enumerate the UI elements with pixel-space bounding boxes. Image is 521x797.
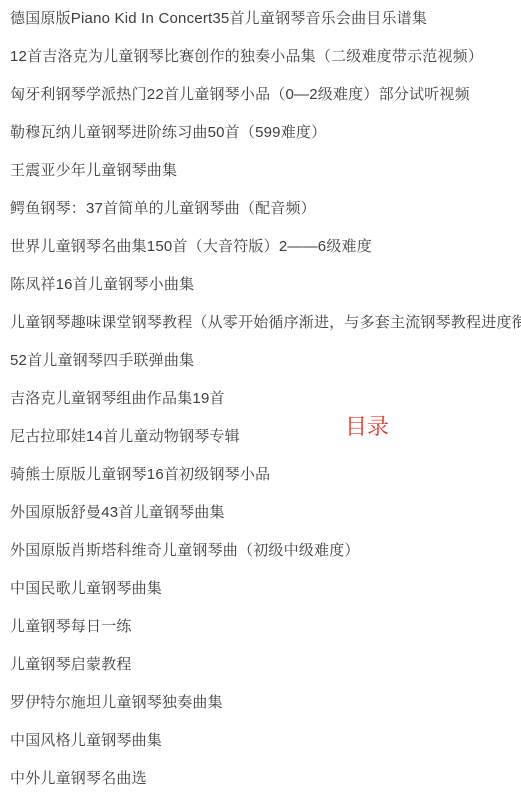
list-item: 德国原版Piano Kid In Concert35首儿童钢琴音乐会曲目乐谱集: [10, 0, 521, 38]
list-item: 勒穆瓦纳儿童钢琴进阶练习曲50首（599难度）: [10, 114, 521, 152]
list-item: 罗伊特尔施坦儿童钢琴独奏曲集: [10, 684, 521, 722]
list-item: 鳄鱼钢琴：37首简单的儿童钢琴曲（配音频）: [10, 190, 521, 228]
list-item: 世界儿童钢琴名曲集150首（大音符版）2——6级难度: [10, 228, 521, 266]
document-page: 德国原版Piano Kid In Concert35首儿童钢琴音乐会曲目乐谱集1…: [0, 0, 521, 797]
list-item: 骑熊士原版儿童钢琴16首初级钢琴小品: [10, 456, 521, 494]
list-item: 儿童钢琴启蒙教程: [10, 646, 521, 684]
list-item: 12首吉洛克为儿童钢琴比赛创作的独奏小品集（二级难度带示范视频）: [10, 38, 521, 76]
toc-list: 德国原版Piano Kid In Concert35首儿童钢琴音乐会曲目乐谱集1…: [10, 0, 521, 797]
list-item: 王震亚少年儿童钢琴曲集: [10, 152, 521, 190]
list-item: 吉洛克儿童钢琴组曲作品集19首: [10, 380, 521, 418]
list-item: 外国原版舒曼43首儿童钢琴曲集: [10, 494, 521, 532]
list-item: 中国风格儿童钢琴曲集: [10, 722, 521, 760]
list-item: 52首儿童钢琴四手联弹曲集: [10, 342, 521, 380]
list-item: 外国原版肖斯塔科维奇儿童钢琴曲（初级中级难度）: [10, 532, 521, 570]
list-item: 尼古拉耶娃14首儿童动物钢琴专辑: [10, 418, 521, 456]
list-item: 儿童钢琴趣味课堂钢琴教程（从零开始循序渐进，与多套主流钢琴教程进度衔接）: [10, 304, 521, 342]
list-item: 中外儿童钢琴名曲选: [10, 760, 521, 797]
list-item: 中国民歌儿童钢琴曲集: [10, 570, 521, 608]
list-item: 儿童钢琴每日一练: [10, 608, 521, 646]
list-item: 陈凤祥16首儿童钢琴小曲集: [10, 266, 521, 304]
toc-heading: 目录: [345, 414, 389, 440]
list-item: 匈牙利钢琴学派热门22首儿童钢琴小品（0—2级难度）部分试听视频: [10, 76, 521, 114]
